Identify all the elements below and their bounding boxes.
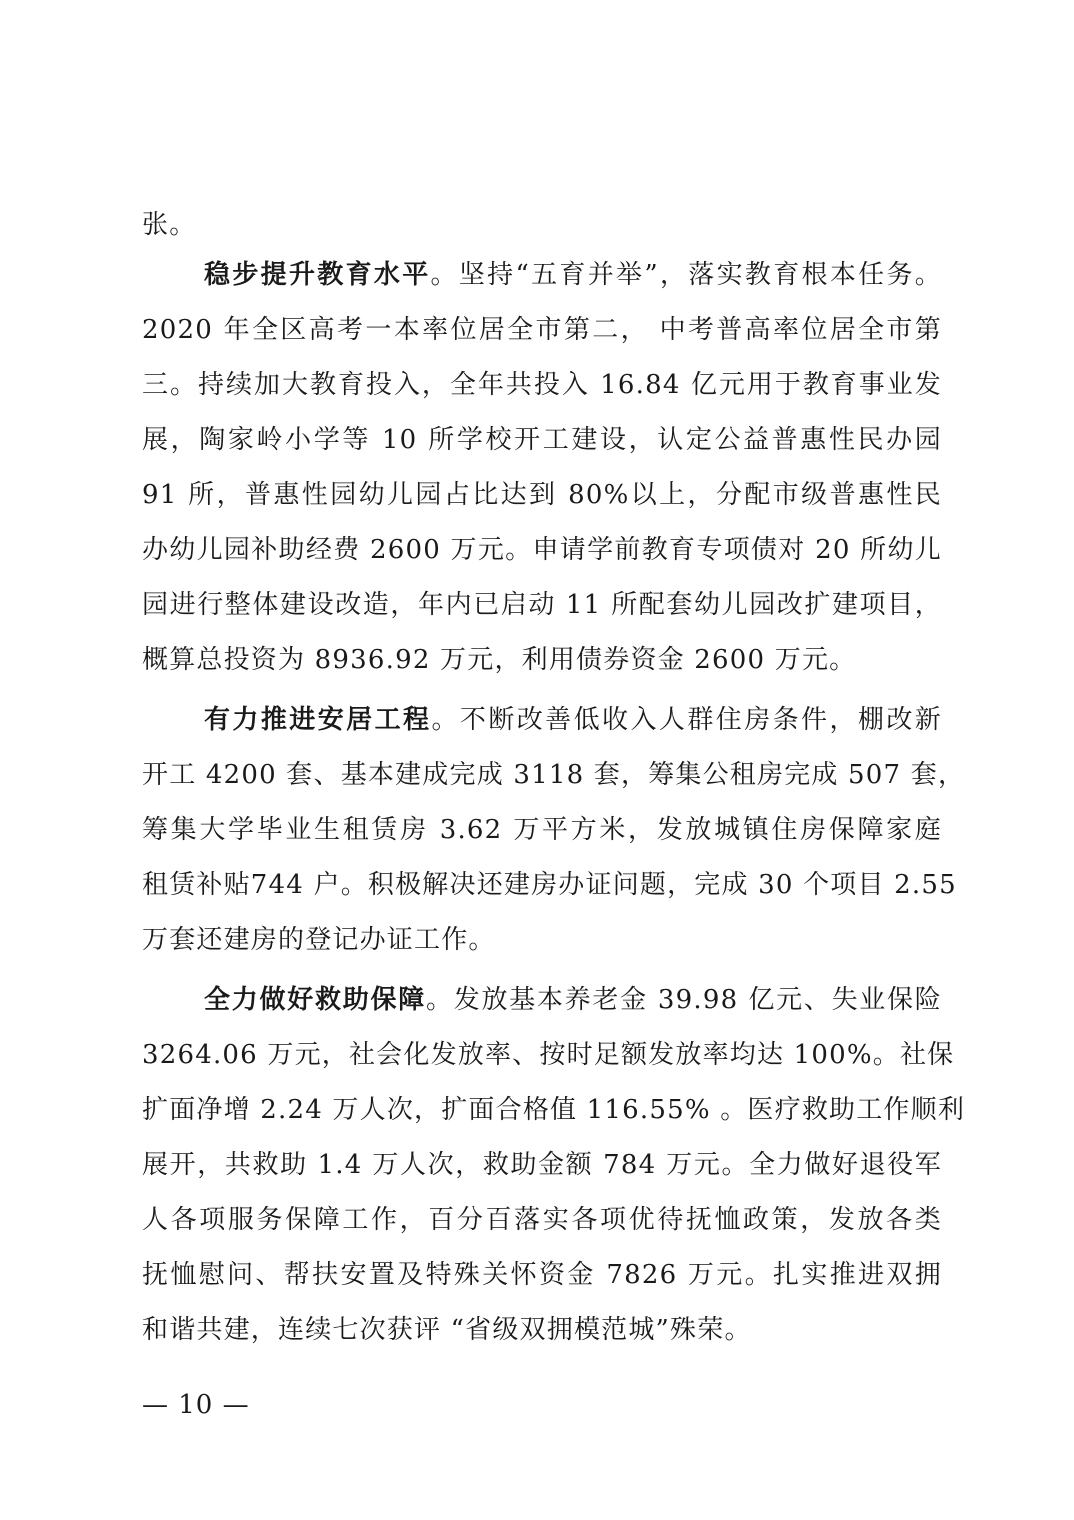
paragraph-lead-line: 有力推进安居工程。不断改善低收入人群住房条件，棚改新 <box>204 703 942 737</box>
line-text: 展，陶家岭小学等 10 所学校开工建设，认定公益普惠性民办园 <box>142 425 942 455</box>
line-text: 抚恤慰问、帮扶安置及特殊关怀资金 7826 万元。扎实推进双拥 <box>142 1260 942 1290</box>
text-line: 展，陶家岭小学等 10 所学校开工建设，认定公益普惠性民办园 <box>142 423 942 457</box>
text-line: 91 所，普惠性园幼儿园占比达到 80%以上，分配市级普惠性民 <box>142 478 942 512</box>
line-text: 张。 <box>142 210 196 240</box>
text-line: 筹集大学毕业生租赁房 3.62 万平方米，发放城镇住房保障家庭 <box>142 813 942 847</box>
paragraph-heading: 稳步提升教育水平 <box>204 260 431 290</box>
line-text: 。坚持“五育并举”，落实教育根本任务。 <box>431 260 942 290</box>
line-text: 2020 年全区高考一本率位居全市第二， 中考普高率位居全市第 <box>142 315 942 345</box>
line-text: 园进行整体建设改造，年内已启动 11 所配套幼儿园改扩建项目， <box>142 590 942 620</box>
paragraph-lead-line: 全力做好救助保障。发放基本养老金 39.98 亿元、失业保险 <box>204 983 942 1017</box>
line-text: 。发放基本养老金 39.98 亿元、失业保险 <box>426 985 942 1015</box>
line-text: 展开，共救助 1.4 万人次，救助金额 784 万元。全力做好退役军 <box>142 1150 942 1180</box>
line-text: 扩面净增 2.24 万人次，扩面合格值 116.55% 。医疗救助工作顺利 <box>142 1095 965 1125</box>
page-number: — 10 — <box>142 1388 250 1422</box>
line-text: 三。持续加大教育投入，全年共投入 16.84 亿元用于教育事业发 <box>142 370 942 400</box>
line-text: 。不断改善低收入人群住房条件，棚改新 <box>431 705 942 735</box>
line-text: 和谐共建，连续七次获评 “省级双拥模范城”殊荣。 <box>142 1315 752 1345</box>
text-line: 3264.06 万元，社会化发放率、按时足额发放率均达 100%。社保 <box>142 1038 942 1072</box>
document-page: 张。稳步提升教育水平。坚持“五育并举”，落实教育根本任务。2020 年全区高考一… <box>0 0 1074 1520</box>
text-line: 租赁补贴744 户。积极解决还建房办证问题，完成 30 个项目 2.55 <box>142 868 942 902</box>
line-text: 筹集大学毕业生租赁房 3.62 万平方米，发放城镇住房保障家庭 <box>142 815 942 845</box>
line-text: 91 所，普惠性园幼儿园占比达到 80%以上，分配市级普惠性民 <box>142 480 942 510</box>
text-line: 张。 <box>142 208 942 242</box>
paragraph-heading: 全力做好救助保障 <box>204 985 426 1015</box>
text-line: 开工 4200 套、基本建成完成 3118 套，筹集公租房完成 507 套， <box>142 758 942 792</box>
paragraph-heading: 有力推进安居工程 <box>204 705 431 735</box>
line-text: 概算总投资为 8936.92 万元，利用债券资金 2600 万元。 <box>142 645 856 675</box>
line-text: 万套还建房的登记办证工作。 <box>142 925 496 955</box>
text-line: 扩面净增 2.24 万人次，扩面合格值 116.55% 。医疗救助工作顺利 <box>142 1093 942 1127</box>
text-line: 和谐共建，连续七次获评 “省级双拥模范城”殊荣。 <box>142 1313 942 1347</box>
text-line: 2020 年全区高考一本率位居全市第二， 中考普高率位居全市第 <box>142 313 942 347</box>
line-text: 办幼儿园补助经费 2600 万元。申请学前教育专项债对 20 所幼儿 <box>142 535 942 565</box>
text-line: 抚恤慰问、帮扶安置及特殊关怀资金 7826 万元。扎实推进双拥 <box>142 1258 942 1292</box>
text-line: 概算总投资为 8936.92 万元，利用债券资金 2600 万元。 <box>142 643 942 677</box>
text-line: 三。持续加大教育投入，全年共投入 16.84 亿元用于教育事业发 <box>142 368 942 402</box>
text-line: 万套还建房的登记办证工作。 <box>142 923 942 957</box>
line-text: 开工 4200 套、基本建成完成 3118 套，筹集公租房完成 507 套， <box>142 760 965 790</box>
paragraph-lead-line: 稳步提升教育水平。坚持“五育并举”，落实教育根本任务。 <box>204 258 942 292</box>
text-line: 园进行整体建设改造，年内已启动 11 所配套幼儿园改扩建项目， <box>142 588 942 622</box>
line-text: 人各项服务保障工作，百分百落实各项优待抚恤政策，发放各类 <box>142 1205 942 1235</box>
line-text: 租赁补贴744 户。积极解决还建房办证问题，完成 30 个项目 2.55 <box>142 870 957 900</box>
text-line: 人各项服务保障工作，百分百落实各项优待抚恤政策，发放各类 <box>142 1203 942 1237</box>
line-text: 3264.06 万元，社会化发放率、按时足额发放率均达 100%。社保 <box>142 1040 954 1070</box>
text-line: 展开，共救助 1.4 万人次，救助金额 784 万元。全力做好退役军 <box>142 1148 942 1182</box>
text-line: 办幼儿园补助经费 2600 万元。申请学前教育专项债对 20 所幼儿 <box>142 533 942 567</box>
